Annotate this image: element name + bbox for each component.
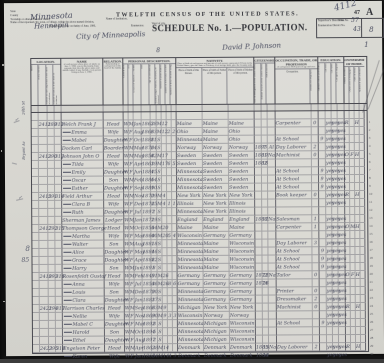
cell: Tailor — [277, 263, 313, 271]
cell: New York — [204, 296, 230, 304]
header-group: EDUCATION.Attended school (in months).Ca… — [318, 57, 344, 103]
cell — [320, 343, 327, 351]
cell — [40, 281, 49, 289]
enumeration-district-value: 43 — [353, 26, 361, 33]
cell — [39, 241, 48, 249]
header-subcolumn: DATE OF BIRTH — Month. — [133, 63, 141, 104]
cell: Jan — [134, 112, 142, 120]
cell — [49, 345, 56, 353]
cell: Germany — [230, 280, 256, 288]
ward-value: 1 — [364, 41, 369, 49]
cell — [276, 119, 312, 127]
cell: Mabel — [62, 129, 104, 137]
header-subcolumns: Street.House number.Number of dwelling h… — [31, 64, 60, 105]
cell — [39, 257, 48, 265]
cell: Nellie — [63, 305, 105, 313]
cell — [319, 231, 326, 239]
cell — [32, 193, 39, 201]
cell: Minnesota — [177, 168, 203, 176]
cell — [48, 225, 55, 233]
cell: Dec — [134, 192, 142, 200]
header-subcolumn: Number of family in the order of visitat… — [54, 64, 61, 105]
cell: Apr — [134, 248, 142, 256]
cell: 3 — [312, 231, 319, 239]
cell — [312, 159, 319, 167]
cell — [268, 175, 276, 183]
cell: 1888 — [255, 208, 262, 216]
cell: Maine — [177, 216, 203, 224]
cell — [268, 183, 276, 191]
cell: 1882 — [255, 152, 262, 160]
cell — [268, 167, 276, 175]
cell: Germany — [204, 280, 230, 288]
header-subcolumns: Occupation.Months not employed. — [275, 68, 317, 103]
cell: 2415 — [39, 185, 48, 193]
cell — [361, 319, 366, 327]
cell: 1 — [312, 215, 319, 223]
cell — [33, 297, 40, 305]
cell: Minnesota — [178, 328, 204, 336]
cell: Maine — [229, 216, 255, 224]
cell: Denmark — [204, 344, 230, 352]
cell: 312 — [55, 113, 62, 121]
cell: 0 — [312, 111, 319, 119]
cell: Martha — [62, 225, 104, 233]
cell — [319, 111, 326, 119]
cell — [49, 329, 56, 337]
header-subcolumn-label: Can write. — [331, 64, 333, 74]
cell — [276, 199, 312, 207]
margin-scratch — [12, 162, 17, 164]
cell: Wisconsin — [178, 304, 204, 312]
header-subcolumn: Place of birth of Mother of this person. — [228, 67, 254, 104]
cell: Rosenfeldt Gustaf — [63, 265, 105, 273]
cell — [313, 327, 320, 335]
header-subcolumn-label: Color or race. — [123, 65, 125, 78]
cell: Minnesota — [177, 248, 203, 256]
cell — [312, 247, 319, 255]
header-group: PERSONAL DESCRIPTION.Color or race.Sex.D… — [123, 58, 176, 104]
header-subcolumn-label: Number of family in the order of visitat… — [54, 65, 59, 105]
cell — [313, 311, 320, 319]
column-number: 26 — [338, 104, 345, 110]
cell: Ohio — [229, 120, 255, 128]
cell — [360, 247, 365, 255]
cell: 294 — [49, 297, 56, 305]
cell: Apr — [135, 336, 143, 344]
cell — [255, 184, 262, 192]
header-subcolumns: Place of birth of this Person.Place of b… — [176, 67, 253, 104]
cell: 0 — [312, 183, 319, 191]
header-subcolumn-label: Place of birth of Mother of this person. — [228, 68, 254, 75]
cell: Emily — [62, 161, 104, 169]
cell — [320, 303, 327, 311]
cell-text: Jun — [135, 354, 143, 359]
header-subcolumns: Color or race.Sex.DATE OF BIRTH — Month.… — [123, 63, 175, 104]
header-subcolumn-label: Year of immigration to the United States… — [254, 64, 257, 103]
cell: Mar — [135, 312, 143, 320]
cell — [55, 153, 62, 161]
cell: 0 — [313, 295, 320, 303]
cell — [39, 193, 48, 201]
cell — [55, 169, 62, 177]
cell — [269, 311, 277, 319]
cell: 2 — [312, 135, 319, 143]
cell: 1858 — [142, 144, 151, 152]
cell: Son — [104, 168, 124, 176]
cell: yes — [339, 263, 346, 271]
cell: 9 — [319, 247, 326, 255]
cell — [313, 343, 320, 351]
cell — [360, 175, 365, 183]
header-subcolumn: Can speak English. — [337, 62, 344, 103]
cell — [312, 127, 319, 135]
cell — [255, 160, 262, 168]
cell: 1860 — [142, 224, 151, 232]
cell: Denmark — [230, 344, 256, 352]
cell — [40, 273, 49, 281]
cell — [277, 327, 313, 335]
cell — [277, 303, 313, 311]
cell — [56, 313, 63, 321]
cell — [55, 193, 62, 201]
cell: Minnesota — [178, 320, 204, 328]
cell: 1885 — [256, 336, 263, 344]
header-subcolumn-label: Sex. — [128, 65, 130, 69]
header-subcolumn-label: Owned or rented. — [344, 68, 347, 85]
cell: Docken Carl — [62, 137, 104, 145]
cell: Minnesota — [177, 200, 203, 208]
cell: Sep — [134, 176, 142, 184]
page-number: 47 — [354, 10, 360, 16]
cell — [39, 201, 48, 209]
cell: Dressmaker — [277, 287, 313, 295]
cell — [255, 112, 262, 120]
cell: Sep — [135, 296, 143, 304]
cell — [269, 327, 277, 335]
cell — [320, 271, 327, 279]
cell — [360, 143, 365, 151]
supervisor-district-value: 57 — [351, 17, 359, 24]
cell — [55, 129, 62, 137]
cell: Al — [268, 135, 276, 143]
cell — [256, 280, 263, 288]
header-subcolumns: Attended school (in months).Can read.Can… — [318, 62, 343, 103]
cell: New York — [203, 200, 229, 208]
cell: 1879 — [143, 280, 152, 288]
cell: Johnson John O — [62, 145, 104, 153]
cell — [339, 319, 346, 327]
cell — [361, 279, 366, 287]
cell — [277, 271, 313, 279]
cell: Wisconsin — [229, 232, 255, 240]
cell: 2411 — [39, 113, 48, 121]
cell: Sweden — [229, 168, 255, 176]
cell — [55, 233, 62, 241]
cell — [32, 161, 39, 169]
cell — [255, 232, 262, 240]
cell: 318 — [56, 337, 63, 345]
cell: Feb — [134, 168, 142, 176]
cell — [32, 169, 39, 177]
cell — [55, 225, 62, 233]
cell: Wisconsin — [230, 312, 256, 320]
cell — [55, 177, 62, 185]
cell: 1855 — [142, 216, 151, 224]
header-subcolumn: Place of birth of Father of this person. — [202, 67, 228, 104]
column-number: 22 — [312, 104, 319, 110]
sheet-number-value: 8 — [369, 26, 374, 34]
cell: Jan — [134, 208, 142, 216]
cell-text: Denmark — [230, 354, 252, 359]
cell: Harry — [62, 257, 104, 265]
cell: yes — [338, 215, 345, 223]
cell: Son — [105, 280, 125, 288]
scanned-census-viewer: 4112 47 A TWELFTH CENSUS OF THE UNITED S… — [0, 0, 384, 363]
cell-text: Denmark — [204, 354, 226, 359]
cell: Ruth — [62, 201, 104, 209]
cell: Carpenter — [276, 111, 312, 119]
cell: yes — [339, 287, 346, 295]
cell: Michigan — [204, 328, 230, 336]
cell — [56, 345, 63, 353]
header-group-label: OCCUPATION, TRADE, OR PROFESSION — [275, 57, 317, 66]
cell-text: 4 — [169, 354, 172, 359]
cell: Daughter — [104, 240, 124, 248]
cell: Son — [105, 320, 125, 328]
cell — [360, 183, 365, 191]
cell — [39, 129, 48, 137]
cell: 293 — [49, 265, 56, 273]
cell: Nov — [135, 304, 143, 312]
cell: Boarder — [104, 136, 124, 144]
cell: 1889 — [142, 176, 151, 184]
district-box-divider — [361, 19, 362, 37]
column-number: 16 — [203, 105, 229, 111]
cell: Minnesota — [177, 232, 203, 240]
cell — [33, 337, 40, 345]
cell: Wisconsin — [229, 248, 255, 256]
cell — [49, 313, 56, 321]
cell — [48, 177, 55, 185]
cell: Germany — [229, 224, 255, 232]
cell — [268, 199, 276, 207]
cell — [48, 249, 55, 257]
cell — [39, 161, 48, 169]
cell: Germany — [203, 224, 229, 232]
cell — [313, 319, 320, 327]
enumerator-label: Enumerator. — [131, 24, 144, 27]
cell — [33, 313, 40, 321]
cell: Germany — [178, 272, 204, 280]
cell — [319, 223, 326, 231]
cell: 1866 — [142, 120, 151, 128]
header-subcolumn-label: Place of birth of Father of this person. — [202, 68, 227, 75]
cell — [312, 199, 319, 207]
cell: Norway — [203, 136, 229, 144]
cell — [312, 223, 319, 231]
cell: Aug — [135, 328, 143, 336]
header-subcolumn: Place of birth of this Person. — [176, 67, 202, 104]
population-table: LOCATION.Street.House number.Number of d… — [30, 56, 369, 354]
cell — [33, 305, 40, 313]
cell — [312, 151, 319, 159]
cell — [40, 289, 49, 297]
cell — [39, 137, 48, 145]
cell: 1892 — [143, 312, 152, 320]
column-number: 15 — [177, 105, 203, 111]
cell — [48, 233, 55, 241]
cell: 9 — [320, 311, 327, 319]
cell: 1886 — [256, 344, 263, 352]
header-group: LOCATION.Street.House number.Number of d… — [31, 59, 61, 105]
cell: 2 — [313, 287, 320, 295]
cell — [360, 119, 365, 127]
cell — [40, 345, 49, 353]
cell: Sweden — [203, 176, 229, 184]
cell: Germany — [230, 288, 256, 296]
cell — [256, 320, 263, 328]
cell — [39, 177, 48, 185]
cell — [360, 167, 365, 175]
cell: 9 — [319, 239, 326, 247]
cell: Welch Frank J — [62, 113, 104, 121]
cell: 2421 — [40, 297, 49, 305]
cell — [32, 113, 39, 121]
cell — [320, 319, 327, 327]
cell: Aug — [134, 232, 142, 240]
cell: yes — [339, 335, 346, 343]
enumerated-day: 8 — [156, 47, 160, 54]
cell — [255, 224, 262, 232]
cell: Wisconsin — [229, 240, 255, 248]
cell: At School — [276, 167, 312, 175]
cell: Feb — [135, 264, 143, 272]
cell: 9 — [319, 159, 326, 167]
cell: Sweden — [203, 152, 229, 160]
cell: 1871 — [142, 208, 151, 216]
cell: 9 — [319, 255, 326, 263]
cell — [269, 295, 277, 303]
street-name-vertical: Bryant Av — [21, 135, 25, 160]
cell — [319, 199, 326, 207]
cell: Maine — [229, 112, 255, 120]
cell — [319, 119, 326, 127]
cell: Wife — [104, 120, 124, 128]
cell: At School — [276, 127, 312, 135]
cell — [32, 153, 39, 161]
cell: Germany — [230, 264, 256, 272]
cell: New York — [203, 192, 229, 200]
cell: 1874 — [256, 272, 263, 280]
cell — [360, 199, 365, 207]
line-number: 30 — [370, 342, 378, 360]
cell — [361, 287, 366, 295]
cell — [48, 129, 55, 137]
sheet-letter: A — [366, 7, 373, 18]
cell: 1874 — [142, 192, 151, 200]
cell: Daughter — [104, 176, 124, 184]
header-subcolumn-label: Number of these children living. — [170, 65, 173, 96]
cell — [276, 151, 312, 159]
cell — [312, 175, 319, 183]
cell: Printer — [277, 279, 313, 287]
cell: 317 — [56, 297, 63, 305]
cell: At School — [276, 255, 312, 263]
cell — [319, 143, 326, 151]
cell — [32, 185, 39, 193]
cell — [276, 223, 312, 231]
margin-note: 8 — [25, 245, 30, 253]
cell: Maine — [203, 128, 229, 136]
cell — [55, 249, 62, 257]
cell-text: Wife — [109, 354, 120, 359]
cell: Michigan — [204, 320, 230, 328]
cell: 1886 — [142, 168, 151, 176]
cell-text: yes — [339, 353, 347, 358]
header-subcolumn-label: Owned free or mortgaged. — [349, 68, 352, 93]
cell: Illinois — [177, 192, 203, 200]
cell — [33, 289, 40, 297]
cell — [39, 225, 48, 233]
cell: Daughter — [105, 328, 125, 336]
cell: New York — [203, 184, 229, 192]
cell — [256, 296, 263, 304]
cell: 0 — [313, 263, 320, 271]
cell — [319, 215, 326, 223]
cell — [269, 319, 277, 327]
cell: At School — [276, 159, 312, 167]
cell — [361, 263, 366, 271]
cell: yes — [338, 231, 345, 239]
cell — [269, 279, 277, 287]
cell: Maine — [177, 112, 203, 120]
column-number: 1 — [39, 106, 48, 112]
cell: Sweden — [229, 176, 255, 184]
cell — [360, 239, 365, 247]
cell — [312, 239, 319, 247]
cell — [32, 225, 39, 233]
header-subcolumn-label: Farm or house. — [354, 67, 356, 81]
header-subcolumn: Naturalization. — [267, 63, 275, 104]
cell: Ohio — [177, 120, 203, 128]
ditto-dash — [64, 355, 72, 356]
column-number: 20 — [268, 105, 276, 111]
header-group: OWNERSHIP OF HOME.Owned or rented.Owned … — [344, 57, 364, 103]
cell — [255, 168, 262, 176]
cell: yes — [338, 239, 345, 247]
cell — [360, 159, 365, 167]
cell — [49, 273, 56, 281]
cell — [39, 209, 48, 217]
cell: Day Laborer — [276, 231, 312, 239]
cell — [360, 255, 365, 263]
cell: Carpenter — [276, 215, 312, 223]
cell — [32, 201, 39, 209]
cell — [320, 263, 327, 271]
district-box: Supervisor's District No. 57 Enumeration… — [316, 18, 384, 38]
cell — [360, 135, 365, 143]
cell: 2413 — [39, 145, 48, 153]
cell — [361, 271, 366, 279]
cell: Field Arthur — [62, 185, 104, 193]
cell: Oct — [134, 216, 142, 224]
cell: yes — [338, 143, 345, 151]
enumerated-rest: day of June, 1900, — [76, 24, 96, 27]
cell — [32, 145, 39, 153]
cell — [32, 257, 39, 265]
cell: Wife — [104, 192, 124, 200]
